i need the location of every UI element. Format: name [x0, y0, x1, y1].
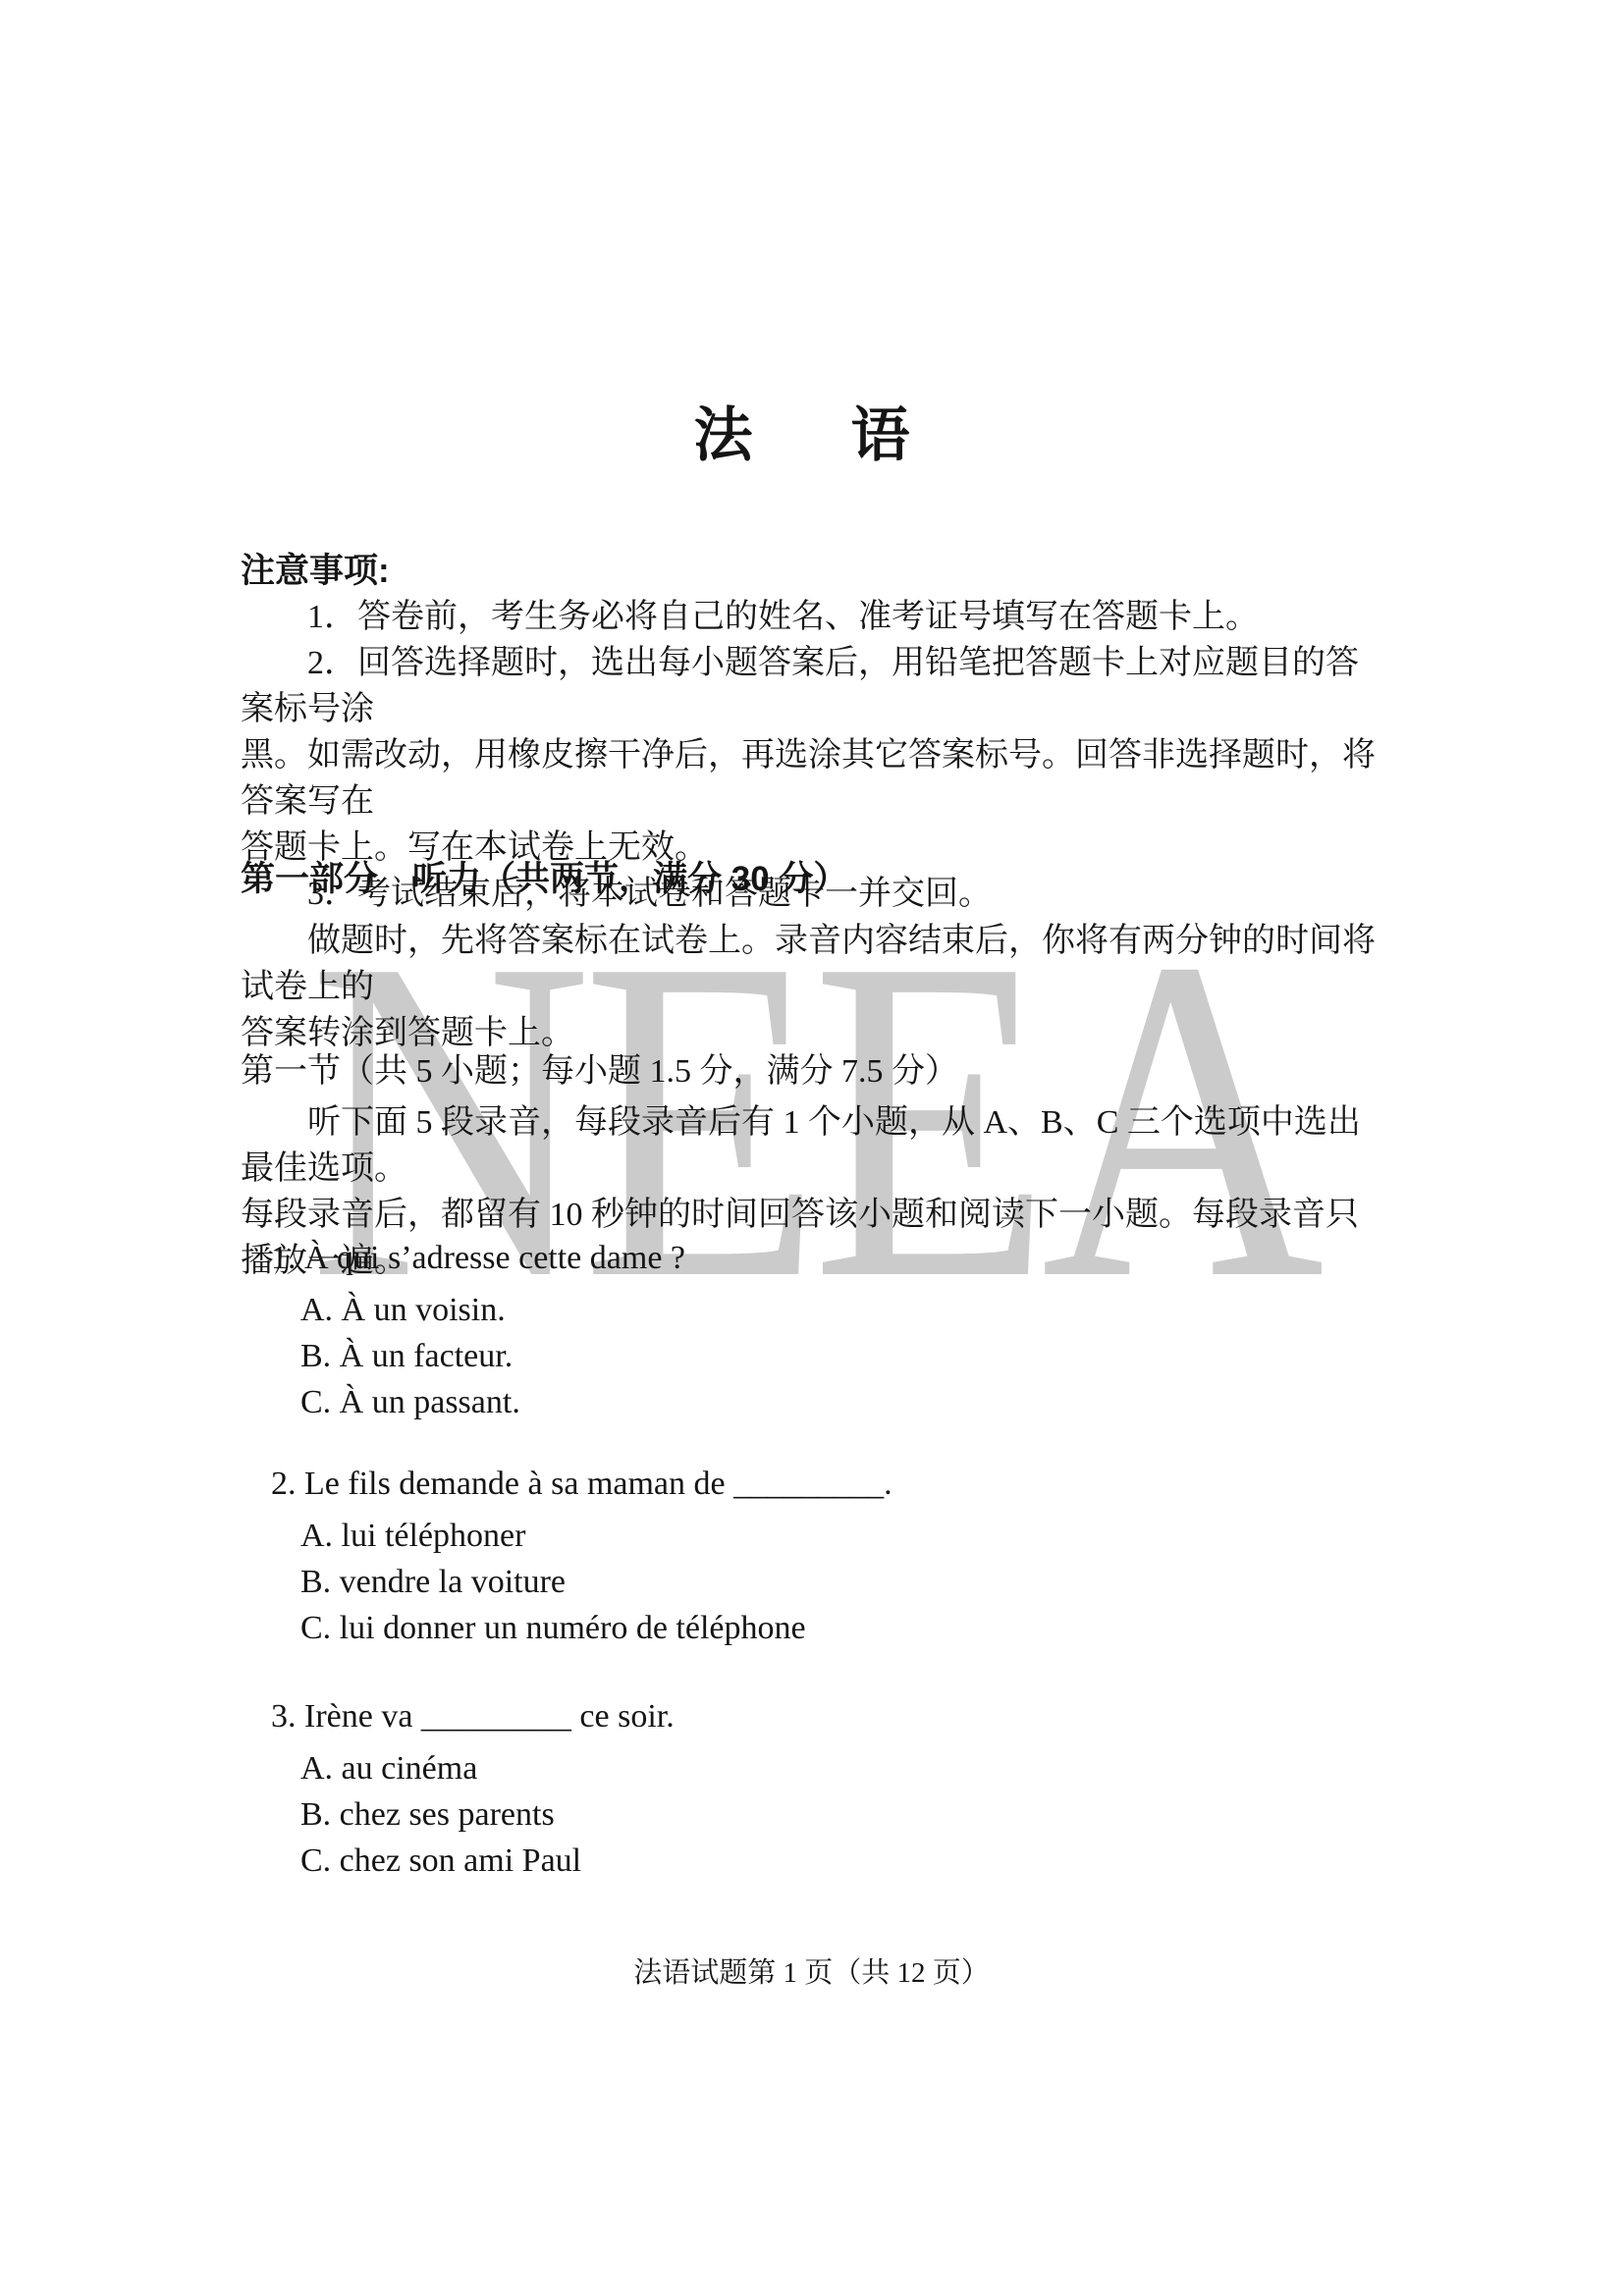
- page-content: 法 语 注意事项: 1．答卷前，考生务必将自己的姓名、准考证号填写在答题卡上。 …: [0, 0, 1623, 2296]
- question-2-stem: 2. Le fils demande à sa maman de _______…: [271, 1461, 1389, 1507]
- question-3-stem: 3. Irène va _________ ce soir.: [271, 1693, 1389, 1739]
- question-1-option-b: B. À un facteur.: [300, 1333, 1389, 1379]
- notice-heading: 注意事项:: [241, 548, 1389, 594]
- question-2-option-b: B. vendre la voiture: [300, 1559, 1389, 1605]
- section1-intro-line: 听下面 5 段录音，每段录音后有 1 个小题，从 A、B、C 三个选项中选出最佳…: [241, 1099, 1389, 1192]
- question-1-options: A. À un voisin. B. À un facteur. C. À un…: [241, 1287, 1389, 1425]
- question-3-options: A. au cinéma B. chez ses parents C. chez…: [241, 1745, 1389, 1884]
- part1-intro: 做题时，先将答案标在试卷上。录音内容结束后，你将有两分钟的时间将试卷上的 答案转…: [241, 918, 1389, 1056]
- part1-heading: 第一部分 听力（共两节，满分 30 分）: [241, 856, 1389, 902]
- page-title: 法 语: [0, 405, 1623, 466]
- question-3: 3. Irène va _________ ce soir. A. au cin…: [241, 1693, 1389, 1884]
- notice-line: 1．答卷前，考生务必将自己的姓名、准考证号填写在答题卡上。: [241, 594, 1389, 640]
- section1-heading: 第一节（共 5 小题；每小题 1.5 分，满分 7.5 分）: [241, 1048, 1389, 1095]
- part1-intro-line: 做题时，先将答案标在试卷上。录音内容结束后，你将有两分钟的时间将试卷上的: [241, 918, 1389, 1010]
- question-1: 1. À qui s’adresse cette dame ? A. À un …: [241, 1235, 1389, 1425]
- notice-line: 黑。如需改动，用橡皮擦干净后，再选涂其它答案标号。回答非选择题时，将答案写在: [241, 732, 1389, 825]
- question-3-option-a: A. au cinéma: [300, 1745, 1389, 1791]
- notice-line: 2．回答选择题时，选出每小题答案后，用铅笔把答题卡上对应题目的答案标号涂: [241, 640, 1389, 732]
- question-1-option-c: C. À un passant.: [300, 1379, 1389, 1425]
- exam-paper-page: NEEA 法 语 注意事项: 1．答卷前，考生务必将自己的姓名、准考证号填写在答…: [0, 0, 1623, 2296]
- question-3-option-c: C. chez son ami Paul: [300, 1838, 1389, 1884]
- question-1-option-a: A. À un voisin.: [300, 1287, 1389, 1333]
- question-3-option-b: B. chez ses parents: [300, 1791, 1389, 1838]
- question-1-stem: 1. À qui s’adresse cette dame ?: [271, 1235, 1389, 1281]
- page-footer: 法语试题第 1 页（共 12 页）: [0, 1956, 1623, 1990]
- question-2-option-c: C. lui donner un numéro de téléphone: [300, 1605, 1389, 1651]
- question-2-option-a: A. lui téléphoner: [300, 1513, 1389, 1559]
- question-2-options: A. lui téléphoner B. vendre la voiture C…: [241, 1513, 1389, 1651]
- question-2: 2. Le fils demande à sa maman de _______…: [241, 1461, 1389, 1651]
